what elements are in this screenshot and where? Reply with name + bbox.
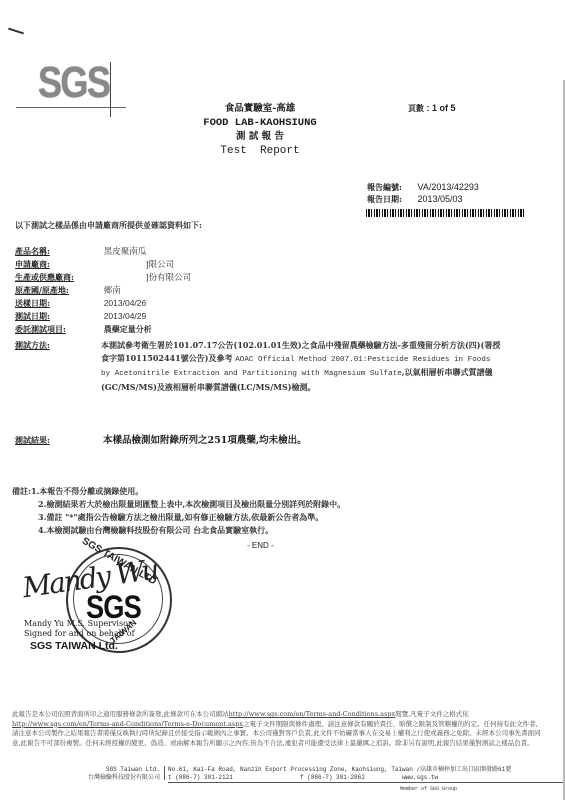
field-value: ]限公司 — [104, 259, 174, 269]
e-document-terms-link[interactable]: http://www.sgs.com/en/Terms-and-Conditio… — [12, 720, 243, 728]
footer-rule — [168, 782, 563, 783]
footer-website[interactable]: www.sgs.tw — [402, 774, 438, 781]
field-label: 送樣日期: — [15, 297, 101, 309]
page-label: 頁數 — [408, 103, 424, 113]
signer-behalf: Signed for and on behalf of — [24, 629, 135, 639]
report-title-block: 食品實驗室-高雄 FOOD LAB-KAOHSIUNG 測 試 報 告 Test… — [190, 102, 330, 158]
field-test-date: 測試日期: 2013/04/29 — [15, 310, 146, 323]
footer-divider — [164, 766, 165, 780]
field-manufacturer: 生產或供應廠商: ]份有限公司 — [15, 271, 191, 284]
note-4: 4.本檢測試驗由台灣檢驗科技股份有限公司 台北食品實驗室執行。 — [12, 524, 345, 537]
field-label: 生產或供應廠商: — [15, 271, 101, 283]
signer-info: Mandy Yu M.S. Supervisor Signed for and … — [24, 619, 135, 639]
method-text: 本測試參考衛生署於101.07.17公告(102.01.01生效)之食品中殘留農… — [101, 339, 501, 393]
report-date-row: 報告日期: 2013/05/03 — [367, 193, 479, 205]
notes-prefix: 備註: — [12, 486, 31, 496]
footer-address-block: No.61, Kai-Fa Road, Nanzih Export Proces… — [168, 766, 565, 782]
field-value: 黑皮聚南瓜 — [104, 246, 147, 256]
field-value: 農藥定量分析 — [104, 324, 152, 334]
footer-company: SGS Taiwan Ltd. 台灣檢驗科技股份有限公司 — [50, 766, 160, 782]
signer-company: SGS TAIWAN Ltd. — [30, 640, 118, 652]
report-number: VA/2013/42293 — [418, 182, 479, 192]
footer-address: No.61, Kai-Fa Road, Nanzih Export Proces… — [168, 766, 565, 774]
field-sample-date: 送樣日期: 2013/04/26 — [15, 297, 146, 310]
field-product-name: 產品名稱: 黑皮聚南瓜 — [15, 245, 146, 258]
report-title-zh: 測 試 報 告 — [190, 130, 330, 144]
footer-member: Member of SGS Group — [400, 786, 457, 792]
note-2: 2.檢測結果若大於檢出限量則匯整上表中,本次檢測項目及檢出限量分別詳列於附錄中。 — [12, 498, 345, 511]
field-label: 委託測試項目: — [15, 323, 101, 335]
field-test-items: 委託測試項目: 農藥定量分析 — [15, 323, 152, 336]
disclaimer-text: 此報告是本公司依照背面所印之通用服務條款所簽發,此條款可在本公司網站 — [12, 710, 229, 718]
footer-company-zh: 台灣檢驗科技股份有限公司 — [50, 774, 160, 782]
intro-text: 以下測試之樣品係由申請廠商所提供並確認資料如下: — [15, 220, 202, 231]
result-label: 測試結果: — [15, 435, 100, 446]
field-value: ]份有限公司 — [104, 272, 191, 282]
method-label: 測試方法: — [15, 339, 101, 352]
note-1: 備註:1.本報告不得分離或摘錄使用。 — [12, 485, 345, 498]
signer-name: Mandy Yu M.S. Supervisor — [24, 619, 135, 629]
footer-fax: f (886-7) 301-2862 — [300, 774, 365, 781]
footer: SGS Taiwan Ltd. 台灣檢驗科技股份有限公司 No.61, Kai-… — [50, 766, 565, 796]
logo-divider — [110, 62, 111, 117]
field-applicant: 申請廠商: ]限公司 — [15, 258, 174, 271]
footer-contact: t (886-7) 301-2121 f (886-7) 301-2862 ww… — [168, 774, 565, 782]
field-label: 測試日期: — [15, 310, 101, 322]
disclaimer-text: 閱覽,凡電子文件之格式依 — [395, 710, 469, 718]
report-title-en: Test Report — [190, 144, 330, 158]
end-mark: - END - — [247, 541, 274, 550]
field-label: 申請廠商: — [15, 258, 101, 270]
field-label: 產品名稱: — [15, 245, 101, 257]
lab-name-en: FOOD LAB-KAOHSIUNG — [190, 116, 330, 130]
report-meta: 報告編號: VA/2013/42293 報告日期: 2013/05/03 — [367, 181, 479, 205]
report-number-label: 報告編號: — [367, 181, 415, 193]
report-number-row: 報告編號: VA/2013/42293 — [367, 181, 479, 193]
field-label: 原產國/原產地: — [15, 284, 101, 296]
test-result: 測試結果: 本樣品檢測如附錄所列之251項農藥,均未檢出。 — [15, 432, 307, 446]
scan-artifact — [8, 28, 24, 35]
lab-name-zh: 食品實驗室-高雄 — [190, 102, 330, 116]
sgs-logo: SGS — [16, 60, 128, 112]
field-value: 鄉南 — [104, 285, 121, 295]
test-method: 測試方法:本測試參考衛生署於101.07.17公告(102.01.01生效)之食… — [15, 339, 535, 393]
note-text: 1.本報告不得分離或摘錄使用。 — [31, 486, 143, 496]
result-text: 本樣品檢測如附錄所列之251項農藥,均未檢出。 — [103, 435, 307, 446]
sgs-logo-text: SGS — [38, 60, 109, 106]
note-3: 3.備註 "*"處指公告檢驗方法之檢出限量,如有修正檢驗方法,依最新公告者為準。 — [12, 511, 345, 524]
disclaimer: 此報告是本公司依照背面所印之通用服務條款所簽發,此條款可在本公司網站http:/… — [12, 710, 542, 748]
page-value: : 1 of 5 — [427, 103, 456, 113]
field-value: 2013/04/29 — [104, 311, 147, 321]
field-origin: 原產國/原產地: 鄉南 — [15, 284, 121, 297]
footer-tel: t (886-7) 301-2121 — [168, 774, 233, 781]
report-date-label: 報告日期: — [367, 193, 415, 205]
field-value: 2013/04/26 — [104, 298, 147, 308]
report-date: 2013/05/03 — [418, 194, 463, 204]
barcode — [366, 209, 524, 217]
notes: 備註:1.本報告不得分離或摘錄使用。 2.檢測結果若大於檢出限量則匯整上表中,本… — [12, 485, 345, 537]
footer-company-en: SGS Taiwan Ltd. — [50, 766, 160, 774]
terms-link[interactable]: http://www.sgs.com/en/Terms-and-Conditio… — [229, 710, 396, 718]
page-number: 頁數 : 1 of 5 — [408, 103, 456, 114]
